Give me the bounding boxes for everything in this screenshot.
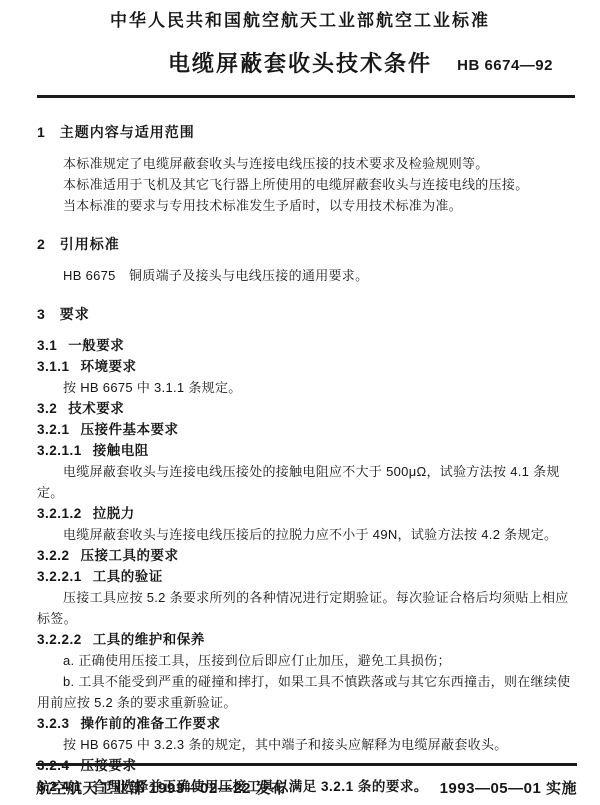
clause-title: 一般要求 — [68, 338, 124, 353]
clause-heading: 1主题内容与适用范围 — [37, 122, 576, 143]
clause-number: 3.2.2.1 — [37, 566, 82, 587]
issue-date: 航空航天工业部 1993—02—22 发布 — [36, 777, 287, 798]
paragraph: 压接工具应按 5.2 条要求所列的各种情况进行定期验证。每次验证合格后均须贴上相… — [37, 587, 576, 629]
clause-heading: 3.2技术要求 — [37, 398, 576, 419]
clause-number: 3.1 — [37, 335, 57, 356]
clause-heading: 3.2.2压接工具的要求 — [37, 545, 576, 566]
clause-heading: 3.2.1压接件基本要求 — [37, 419, 576, 440]
clause-title: 环境要求 — [81, 359, 137, 374]
clause-title: 操作前的准备工作要求 — [81, 716, 221, 731]
title-row: 电缆屏蔽套收头技术条件 HB 6674—92 — [0, 49, 600, 81]
paragraph: 本标准适用于飞机及其它飞行器上所使用的电缆屏蔽套收头与连接电线的压接。 — [37, 174, 576, 195]
clause-heading: 3要求 — [37, 304, 576, 325]
paragraph: 当本标准的要求与专用技术标准发生予盾时，以专用技术标准为准。 — [37, 195, 576, 216]
clause-heading: 3.2.1.2拉脱力 — [37, 503, 576, 524]
effective-date: 1993—05—01 实施 — [440, 777, 577, 798]
clause-number: 3.1.1 — [37, 356, 70, 377]
issuing-org-line: 中华人民共和国航空航天工业部航空工业标准 — [0, 0, 600, 33]
standard-number: HB 6674—92 — [457, 57, 553, 74]
clause-title: 技术要求 — [68, 401, 124, 416]
clause-title: 压接工具的要求 — [81, 548, 179, 563]
document-footer: 航空航天工业部 1993—02—22 发布 1993—05—01 实施 — [36, 763, 577, 798]
document-body: 1主题内容与适用范围本标准规定了电缆屏蔽套收头与连接电线压接的技术要求及检验规则… — [0, 98, 600, 797]
paragraph: 电缆屏蔽套收头与连接电线压接后的拉脱力应不小于 49N，试验方法按 4.2 条规… — [37, 524, 576, 545]
clause-number: 3.2.2.2 — [37, 629, 82, 650]
clause-number: 3.2.3 — [37, 713, 70, 734]
clause-title: 压接件基本要求 — [81, 422, 179, 437]
clause-heading: 2引用标准 — [37, 234, 576, 255]
clause-heading: 3.2.3操作前的准备工作要求 — [37, 713, 576, 734]
paragraph: a. 正确使用压接工具，压接到位后即应仃止加压，避免工具损伤； — [37, 650, 576, 671]
clause-number: 3.2 — [37, 398, 57, 419]
paragraph: 按 HB 6675 中 3.2.3 条的规定，其中端子和接头应解释为电缆屏蔽套收… — [37, 734, 576, 755]
clause-heading: 3.2.2.1工具的验证 — [37, 566, 576, 587]
clause-title: 拉脱力 — [93, 506, 135, 521]
clause-title: 工具的验证 — [93, 569, 163, 584]
clause-number: 2 — [37, 234, 46, 255]
clause-title: 主题内容与适用范围 — [60, 124, 195, 140]
clause-title: 引用标准 — [60, 236, 120, 252]
clause-number: 3.2.1.2 — [37, 503, 82, 524]
clause-number: 1 — [37, 122, 46, 143]
paragraph: HB 6675 铜质端子及接头与电线压接的通用要求。 — [37, 265, 576, 286]
clause-number: 3.2.1.1 — [37, 440, 82, 461]
standard-document-page: 中华人民共和国航空航天工业部航空工业标准 电缆屏蔽套收头技术条件 HB 6674… — [0, 0, 600, 805]
clause-number: 3 — [37, 304, 46, 325]
footer-rule — [36, 763, 577, 766]
clause-title: 接触电阻 — [93, 443, 149, 458]
clause-number: 3.2.2 — [37, 545, 70, 566]
footer-row: 航空航天工业部 1993—02—22 发布 1993—05—01 实施 — [36, 777, 577, 798]
clause-heading: 3.1一般要求 — [37, 335, 576, 356]
paragraph: 按 HB 6675 中 3.1.1 条规定。 — [37, 377, 576, 398]
clause-heading: 3.2.1.1接触电阻 — [37, 440, 576, 461]
clause-title: 要求 — [60, 306, 90, 322]
clause-heading: 3.2.2.2工具的维护和保养 — [37, 629, 576, 650]
paragraph: 本标准规定了电缆屏蔽套收头与连接电线压接的技术要求及检验规则等。 — [37, 153, 576, 174]
clause-heading: 3.1.1环境要求 — [37, 356, 576, 377]
paragraph: b. 工具不能受到严重的碰撞和摔打，如果工具不慎跌落或与其它东西撞击，则在继续使… — [37, 671, 576, 713]
paragraph: 电缆屏蔽套收头与连接电线压接处的接触电阻应不大于 500μΩ，试验方法按 4.1… — [37, 461, 576, 503]
document-header: 中华人民共和国航空航天工业部航空工业标准 电缆屏蔽套收头技术条件 HB 6674… — [0, 0, 600, 98]
clause-title: 工具的维护和保养 — [93, 632, 205, 647]
clause-number: 3.2.1 — [37, 419, 70, 440]
